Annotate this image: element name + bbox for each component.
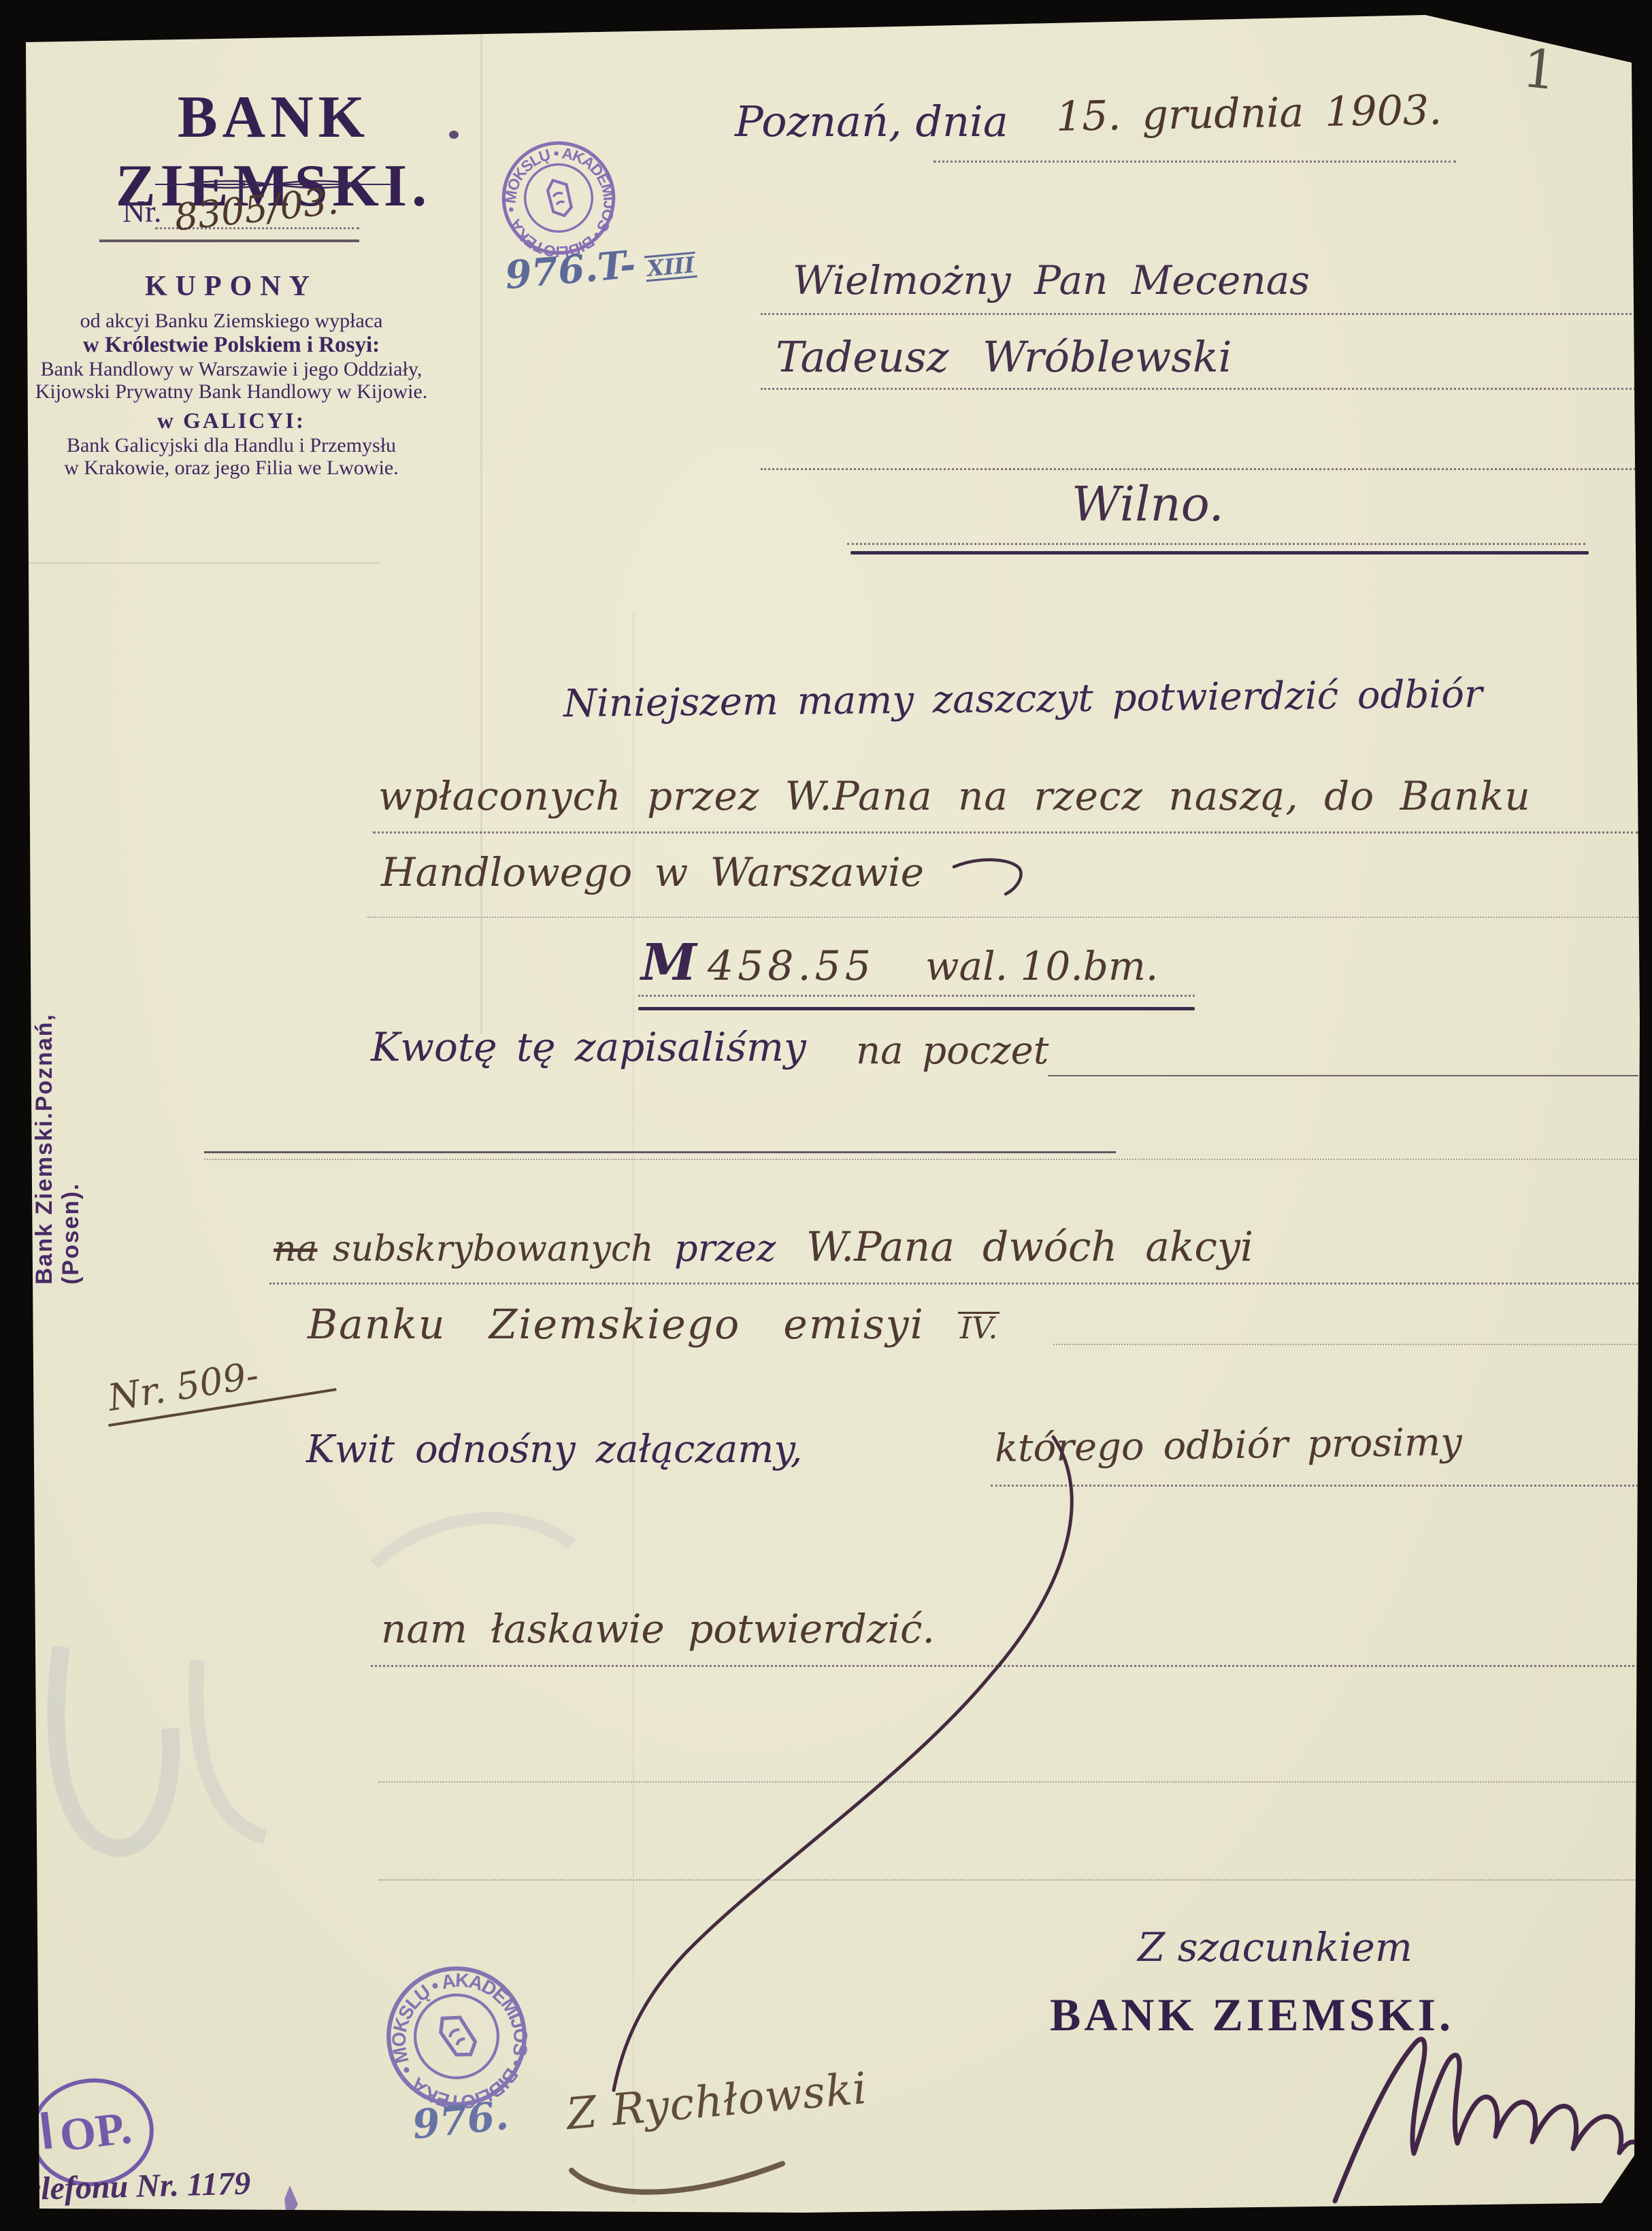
oval-stamp-partial-letter bbox=[41, 2112, 52, 2149]
ink-blot bbox=[278, 2184, 305, 2225]
library-stamp-emblem bbox=[433, 2010, 482, 2062]
ink-dot bbox=[449, 131, 459, 139]
document-page: BANK ZIEMSKI. Nr. 8305/03. KUPONY od akc… bbox=[0, 0, 1652, 2231]
oval-stamp-text: OP. bbox=[57, 2101, 135, 2161]
signature-right bbox=[0, 0, 1652, 2231]
library-stamp-icon: • MOKSLŲ • AKADEMIJOS • BIBLIOTEKA bbox=[385, 1965, 528, 2108]
telefon-line: Telefonu Nr. 1179 bbox=[9, 2164, 251, 2208]
